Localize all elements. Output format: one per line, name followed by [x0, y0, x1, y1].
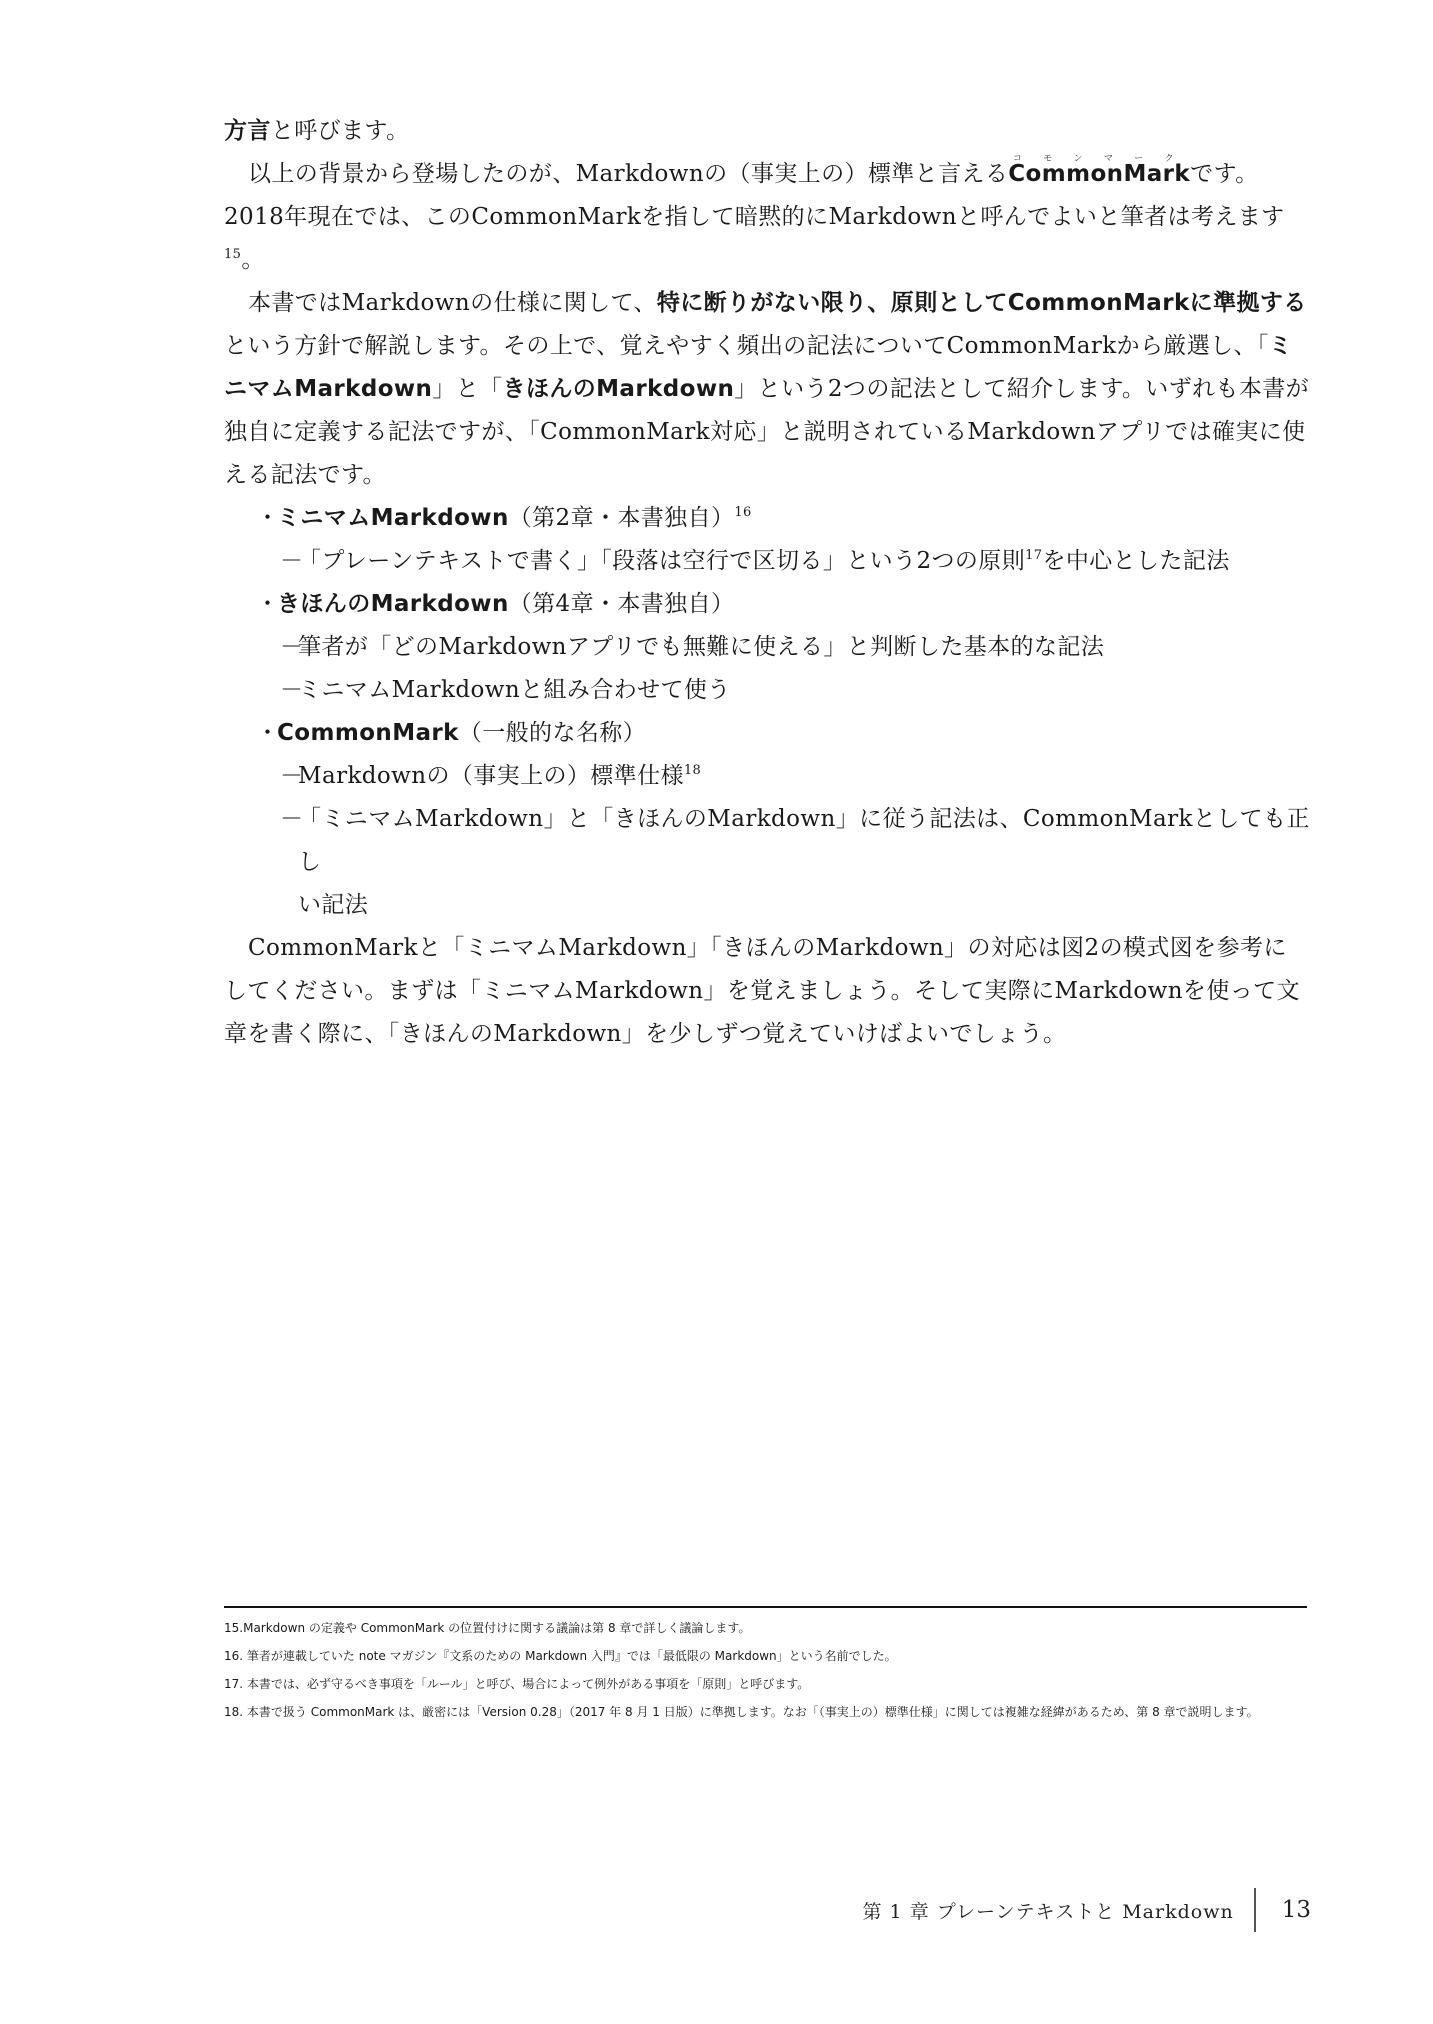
- commonmark-ruby: CommonMarkコモンマーク: [1008, 161, 1190, 187]
- footnote-number: 16.: [224, 1649, 247, 1663]
- list-item-kihon-markdown: ・きほんのMarkdown（第4章・本書独自）: [224, 583, 1310, 626]
- sub-item-text: 「ミニマムMarkdown」と「きほんのMarkdown」に従う記法は、Comm…: [298, 806, 1310, 875]
- paragraph-text: 」と「: [432, 376, 502, 402]
- dash-icon: －: [280, 540, 303, 583]
- paragraph-text: という方針で解説します。その上で、覚えやすく頻出の記法についてCommonMar…: [224, 333, 1269, 359]
- sub-item-text: 「プレーンテキストで書く」「段落は空行で区切る」という2つの原則: [298, 548, 1025, 574]
- bold-emphasis-policy: 特に断りがない限り、原則としてCommonMarkに準拠する: [657, 290, 1307, 316]
- paragraph-1: 方言と呼びます。: [224, 110, 1310, 153]
- page-footer: 第 1 章 プレーンテキストと Markdown 13: [863, 1888, 1312, 1932]
- ruby-base: CommonMark: [1008, 161, 1190, 187]
- bullet-icon: ・: [256, 497, 279, 540]
- footnote-15: 15.Markdown の定義や CommonMark の位置付けに関する議論は…: [224, 1614, 1307, 1642]
- footnote-ref-15[interactable]: 15: [224, 247, 241, 262]
- bold-term-kihon-markdown: きほんのMarkdown: [503, 376, 735, 402]
- sub-item-continuation: い記法: [298, 884, 1310, 927]
- footnote-text: 本書では、必ず守るべき事項を「ルール」と呼び、場合によって例外がある事項を「原則…: [247, 1677, 809, 1691]
- dash-icon: －: [280, 626, 303, 669]
- footnote-text: Markdown の定義や CommonMark の位置付けに関する議論は第 8…: [243, 1621, 750, 1635]
- sub-item-text: Markdownの（事実上の）標準仕様: [298, 763, 684, 789]
- footnote-number: 15.: [224, 1621, 243, 1635]
- list-item-commonmark: ・CommonMark（一般的な名称）: [224, 712, 1310, 755]
- list-item-note: （第2章・本書独自）: [509, 505, 735, 531]
- paragraph-text: と呼びます。: [271, 118, 410, 144]
- list-item-minimum-markdown: ・ミニマムMarkdown（第2章・本書独自）16: [224, 497, 1310, 540]
- sub-item-text: を中心とした記法: [1042, 548, 1229, 574]
- page-body: 方言と呼びます。 以上の背景から登場したのが、Markdownの（事実上の）標準…: [224, 110, 1310, 1056]
- notation-list: ・ミニマムMarkdown（第2章・本書独自）16 －「プレーンテキストで書く」…: [224, 497, 1310, 927]
- footnote-ref-18[interactable]: 18: [684, 763, 701, 778]
- footnote-17: 17. 本書では、必ず守るべき事項を「ルール」と呼び、場合によって例外がある事項…: [224, 1670, 1307, 1698]
- sub-item: －「プレーンテキストで書く」「段落は空行で区切る」という2つの原則17を中心とし…: [224, 540, 1310, 583]
- paragraph-text: 。: [241, 247, 264, 273]
- dash-icon: －: [280, 669, 303, 712]
- list-item-note: （一般的な名称）: [459, 720, 646, 746]
- paragraph-text: CommonMarkと「ミニマムMarkdown」「きほんのMarkdown」の…: [224, 935, 1300, 1047]
- sub-item: －筆者が「どのMarkdownアプリでも無難に使える」と判断した基本的な記法: [224, 626, 1310, 669]
- running-head: 第 1 章 プレーンテキストと Markdown: [863, 1897, 1234, 1924]
- list-item-title: きほんのMarkdown: [277, 591, 509, 617]
- footnote-18: 18. 本書で扱う CommonMark は、厳密には「Version 0.28…: [224, 1698, 1307, 1726]
- page-number: 13: [1282, 1897, 1311, 1923]
- footnote-text: 本書で扱う CommonMark は、厳密には「Version 0.28」（20…: [247, 1705, 1259, 1719]
- paragraph-text: 本書ではMarkdownの仕様に関して、: [248, 290, 657, 316]
- footnote-text: 筆者が連載していた note マガジン『文系のための Markdown 入門』で…: [247, 1649, 897, 1663]
- footnote-number: 17.: [224, 1677, 247, 1691]
- list-item-title: ミニマムMarkdown: [277, 505, 509, 531]
- sub-item: －Markdownの（事実上の）標準仕様18: [224, 755, 1310, 798]
- sub-item-text: 筆者が「どのMarkdownアプリでも無難に使える」と判断した基本的な記法: [298, 634, 1104, 660]
- footer-divider: [1254, 1888, 1256, 1932]
- bold-term-hougen: 方言: [224, 118, 271, 144]
- footnote-16: 16. 筆者が連載していた note マガジン『文系のための Markdown …: [224, 1642, 1307, 1670]
- list-item-title: CommonMark: [277, 720, 459, 746]
- sub-item: －ミニマムMarkdownと組み合わせて使う: [224, 669, 1310, 712]
- footnote-ref-16[interactable]: 16: [734, 505, 751, 520]
- bullet-icon: ・: [256, 712, 279, 755]
- bullet-icon: ・: [256, 583, 279, 626]
- paragraph-2: 以上の背景から登場したのが、Markdownの（事実上の）標準と言えるCommo…: [224, 153, 1310, 282]
- paragraph-3: 本書ではMarkdownの仕様に関して、特に断りがない限り、原則としてCommo…: [224, 282, 1310, 497]
- sub-item-text: ミニマムMarkdownと組み合わせて使う: [298, 677, 731, 703]
- dash-icon: －: [280, 798, 303, 841]
- footnote-ref-17[interactable]: 17: [1025, 548, 1042, 563]
- paragraph-4: CommonMarkと「ミニマムMarkdown」「きほんのMarkdown」の…: [224, 927, 1310, 1056]
- paragraph-text: 以上の背景から登場したのが、Markdownの（事実上の）標準と言える: [248, 161, 1008, 187]
- ruby-reading: コモンマーク: [1008, 154, 1190, 164]
- list-item-note: （第4章・本書独自）: [509, 591, 735, 617]
- footnote-number: 18.: [224, 1705, 247, 1719]
- dash-icon: －: [280, 755, 303, 798]
- footnotes-section: 15.Markdown の定義や CommonMark の位置付けに関する議論は…: [224, 1606, 1307, 1726]
- sub-item: －「ミニマムMarkdown」と「きほんのMarkdown」に従う記法は、Com…: [224, 798, 1310, 927]
